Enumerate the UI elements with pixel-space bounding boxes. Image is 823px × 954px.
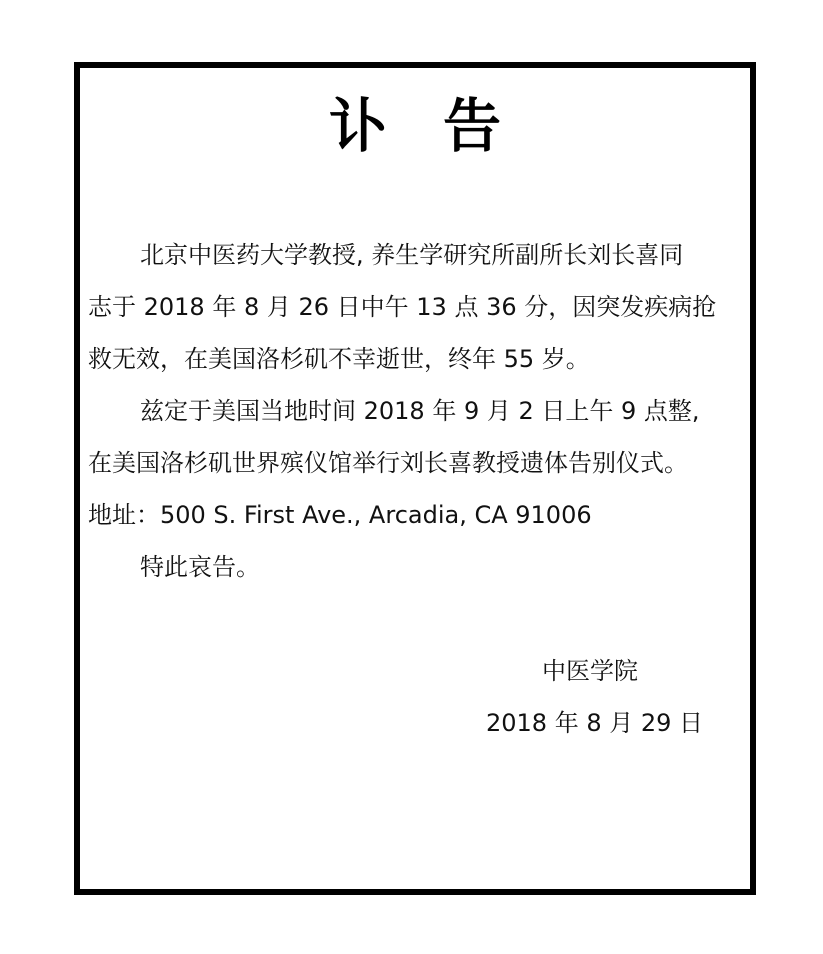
closing-line: 特此哀告。 [140, 552, 260, 582]
signature-organization: 中医学院 [542, 656, 638, 686]
body-line-2: 志于 2018 年 8 月 26 日中午 13 点 36 分，因突发疾病抢 [88, 292, 716, 322]
body-line-4: 兹定于美国当地时间 2018 年 9 月 2 日上午 9 点整, [140, 396, 700, 426]
signature-date: 2018 年 8 月 29 日 [486, 708, 703, 738]
body-line-5: 在美国洛杉矶世界殡仪馆举行刘长喜教授遗体告别仪式。 [88, 448, 688, 478]
body-line-3: 救无效，在美国洛杉矶不幸逝世，终年 55 岁。 [88, 344, 590, 374]
obituary-frame: 讣告 北京中医药大学教授, 养生学研究所副所长刘长喜同 志于 2018 年 8 … [74, 62, 756, 895]
obituary-title: 讣告 [80, 90, 750, 162]
body-line-1: 北京中医药大学教授, 养生学研究所副所长刘长喜同 [140, 240, 683, 270]
address-line: 地址：500 S. First Ave., Arcadia, CA 91006 [88, 500, 592, 530]
